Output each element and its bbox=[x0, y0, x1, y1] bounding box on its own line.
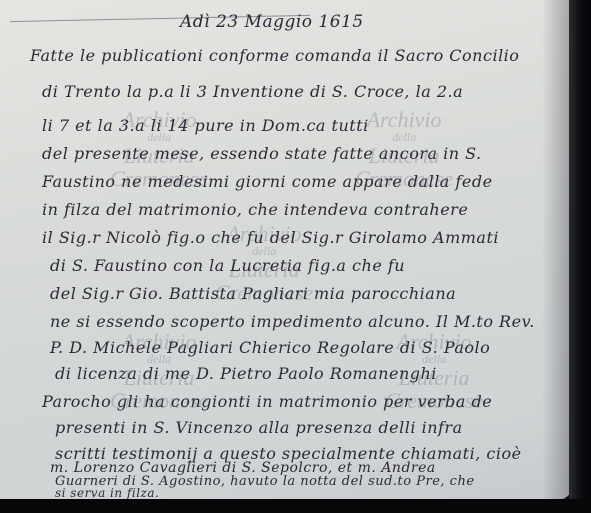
text-line: ne si essendo scoperto impedimento alcun… bbox=[50, 312, 535, 331]
text-line: il Sig.r Nicolò fig.o che fu del Sig.r G… bbox=[42, 228, 499, 247]
text-line: del presente mese, essendo state fatte a… bbox=[42, 144, 482, 163]
text-line: li 7 et la 3.a li 14 pure in Dom.ca tutt… bbox=[42, 116, 369, 135]
text-line: di Trento la p.a li 3 Inventione di S. C… bbox=[42, 82, 463, 101]
text-line: si serva in filza. bbox=[55, 486, 159, 500]
text-line: del Sig.r Gio. Battista Pagliari mia par… bbox=[50, 284, 456, 303]
text-line: di licenza di me D. Pietro Paolo Romanen… bbox=[55, 364, 437, 383]
record-heading: Adì 23 Maggio 1615 bbox=[180, 12, 364, 32]
text-line: presenti in S. Vincenzo alla presenza de… bbox=[55, 418, 463, 437]
text-line: di S. Faustino con la Lucretia fig.a che… bbox=[50, 256, 405, 275]
watermark-line: Archivio bbox=[355, 108, 453, 131]
page-bottom-shadow bbox=[0, 499, 591, 513]
text-line: P. D. Michele Pagliari Chierico Regolare… bbox=[50, 338, 490, 357]
text-line: Faustino ne medesimi giorni come appare … bbox=[42, 172, 493, 191]
watermark-line: della bbox=[355, 131, 453, 144]
text-line: in filza del matrimonio, che intendeva c… bbox=[42, 200, 468, 219]
text-line: Fatte le publicationi conforme comanda i… bbox=[30, 46, 519, 65]
book-binding-edge bbox=[569, 0, 591, 513]
text-line: Parocho gli ha congionti in matrimonio p… bbox=[42, 392, 492, 411]
manuscript-page: Archivio della Liuteria Cremonese Archiv… bbox=[0, 0, 572, 500]
